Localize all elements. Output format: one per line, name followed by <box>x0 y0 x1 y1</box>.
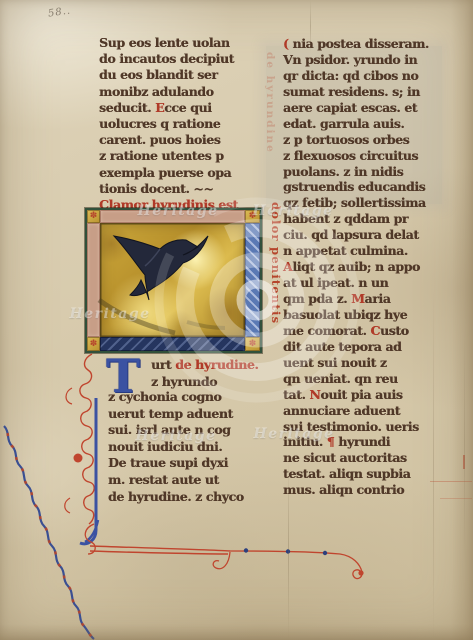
text-segment: at ul ipeat. n un <box>283 275 388 290</box>
text-segment: du eos blandit ser <box>99 67 218 82</box>
text-segment: edat. garrula auis. <box>283 116 404 131</box>
text-segment: qn ueniat. qn reu <box>283 371 398 386</box>
text-segment: seducit. <box>99 100 155 115</box>
frame-band-left <box>87 223 100 337</box>
text-segment: monibz adulando <box>99 84 214 99</box>
text-line: qr dicta: qd cibos no <box>283 68 429 84</box>
page-edge-shadow <box>0 624 473 640</box>
text-line: Aliqt qz auib; n appo <box>283 259 429 275</box>
text-segment: de hyrudine. z chyco <box>108 489 244 504</box>
text-line: at ul ipeat. n un <box>283 275 429 291</box>
text-segment: uolucres q ratione <box>99 116 220 131</box>
text-line: n appetat culmina. <box>283 243 429 259</box>
text-segment: ouit pia auis <box>320 387 402 402</box>
text-segment: aria <box>365 291 391 306</box>
text-line: sui testimonio. ueris <box>283 419 429 435</box>
text-segment: nia postea disseram. <box>292 36 428 51</box>
text-line: initiu. ¶ hyrundi <box>283 434 429 450</box>
text-segment: cce qui <box>164 100 211 115</box>
text-segment: sumat residens. s; in <box>283 84 420 99</box>
text-line: uerut temp aduent <box>108 406 244 423</box>
frame-band-top <box>100 210 245 223</box>
text-line: ( nia postea disseram. <box>283 36 429 52</box>
text-segment: urt <box>151 357 175 372</box>
text-line: du eos blandit ser <box>99 67 238 83</box>
decorated-tear-line <box>0 418 120 640</box>
text-line: de hyrudine. z chyco <box>108 489 244 506</box>
text-line: testat. aliqn supbia <box>283 466 429 482</box>
corner-ornament: ✽ <box>245 337 260 351</box>
text-line: basuolat ubiqz hye <box>283 307 429 323</box>
gutter-vertical-rubric: dolor penitentis <box>269 202 283 377</box>
text-line: z ratione utentes p <box>99 148 238 164</box>
text-segment: liqt qz auib; n appo <box>292 259 420 274</box>
text-line: sumat residens. s; in <box>283 84 429 100</box>
text-line: me comorat. Custo <box>283 323 429 339</box>
text-segment: z ratione utentes p <box>99 148 224 163</box>
text-segment: A <box>283 259 292 274</box>
parchment-crease <box>310 0 311 52</box>
text-segment: tat. <box>283 387 309 402</box>
text-line: z hyrundo <box>151 373 258 390</box>
text-line: z p tortuosos orbes <box>283 132 429 148</box>
text-segment: m. restat aute ut <box>108 472 219 487</box>
text-line: puolans. z in nidis <box>283 164 429 180</box>
text-line: aere capiat escas. et <box>283 100 429 116</box>
text-line: seducit. Ecce qui <box>99 100 238 116</box>
text-line: z flexuosos circuitus <box>283 148 429 164</box>
text-segment: aere capiat escas. et <box>283 100 417 115</box>
text-segment: habent z qddam pr <box>283 211 408 226</box>
text-line: z cychonia cogno <box>108 389 244 406</box>
manuscript-page: 58.. Sup eos lente uolando incautos deci… <box>0 0 473 640</box>
text-segment: z cychonia cogno <box>108 389 221 404</box>
parchment-crease <box>433 290 434 640</box>
text-line: qn ueniat. qn reu <box>283 371 429 387</box>
left-column-bottom: z cychonia cognouerut temp aduentsui. is… <box>108 389 244 505</box>
frame-band-right <box>245 223 260 337</box>
text-segment: De traue supi dyxi <box>108 455 228 470</box>
text-segment: hyrundi <box>334 434 390 449</box>
text-line: edat. garrula auis. <box>283 116 429 132</box>
text-segment: z p tortuosos orbes <box>283 132 409 147</box>
text-line: qm pda z. Maria <box>283 291 429 307</box>
text-segment: exempla puerse opa <box>99 165 231 180</box>
text-line: sui. isrl aute n cog <box>108 422 244 439</box>
text-segment: qz fetib; sollertissima <box>283 195 426 210</box>
text-segment: mus. aliqn contrio <box>283 482 404 497</box>
text-line: tat. Nouit pia auis <box>283 387 429 403</box>
text-line: gstruendis educandis <box>283 179 429 195</box>
text-segment: ciu. qd lapsura delat <box>283 227 419 242</box>
text-segment: testat. aliqn supbia <box>283 466 410 481</box>
gold-ground <box>100 223 245 337</box>
text-line: monibz adulando <box>99 84 238 100</box>
parchment-crease <box>288 460 289 640</box>
text-line: carent. puos hoies <box>99 132 238 148</box>
text-segment: M <box>351 291 364 306</box>
text-line: Vn psidor. yrundo in <box>283 52 429 68</box>
text-segment: qr dicta: qd cibos no <box>283 68 418 83</box>
text-segment: qm pda z. <box>283 291 351 306</box>
text-segment: C <box>370 323 380 338</box>
text-line: dit aute tepora ad <box>283 339 429 355</box>
text-segment: initiu. <box>283 434 327 449</box>
text-line: nouit iudiciu dni. <box>108 439 244 456</box>
text-segment: me comorat. <box>283 323 370 338</box>
corner-ornament: ✽ <box>87 337 100 351</box>
text-segment: do incautos decipiut <box>99 51 234 66</box>
text-line: uent sui nouit z <box>283 355 429 371</box>
text-line: do incautos decipiut <box>99 51 238 67</box>
text-segment: N <box>309 387 320 402</box>
text-line: qz fetib; sollertissima <box>283 195 429 211</box>
text-segment: dit aute tepora ad <box>283 339 401 354</box>
text-segment: Vn psidor. yrundo in <box>283 52 417 67</box>
gutter-showthrough-text: de hyrundine <box>264 52 276 154</box>
text-line: ne sicut auctoritas <box>283 450 429 466</box>
corner-ornament: ✽ <box>245 210 260 223</box>
text-line: annuciare aduent <box>283 403 429 419</box>
text-segment: basuolat ubiqz hye <box>283 307 407 322</box>
text-segment: E <box>155 100 164 115</box>
text-segment: de hyrudine. <box>175 357 258 372</box>
bottom-flourish <box>78 518 378 588</box>
text-segment: puolans. z in nidis <box>283 164 403 179</box>
text-segment: nouit iudiciu dni. <box>108 439 222 454</box>
text-line: Sup eos lente uolan <box>99 35 238 51</box>
text-line: exempla puerse opa <box>99 165 238 181</box>
left-column-top: Sup eos lente uolando incautos decipiutd… <box>99 35 238 213</box>
text-segment: tionis docent. ~~ <box>99 181 213 196</box>
text-segment: uent sui nouit z <box>283 355 387 370</box>
text-segment: n appetat culmina. <box>283 243 408 258</box>
folio-number: 58.. <box>47 5 71 19</box>
text-line: m. restat aute ut <box>108 472 244 489</box>
miniature-panel: ✽ ✽ ✽ ✽ <box>85 208 262 353</box>
left-column-beside-initial: urt de hyrudine.z hyrundo <box>151 356 258 390</box>
text-segment: z flexuosos circuitus <box>283 148 418 163</box>
text-segment: usto <box>380 323 409 338</box>
text-segment: annuciare aduent <box>283 403 400 418</box>
text-segment: uerut temp aduent <box>108 406 233 421</box>
text-line: ciu. qd lapsura delat <box>283 227 429 243</box>
text-segment: Sup eos lente uolan <box>99 35 230 50</box>
text-segment: gstruendis educandis <box>283 179 425 194</box>
right-column: ( nia postea disseram.Vn psidor. yrundo … <box>283 36 429 498</box>
text-line: habent z qddam pr <box>283 211 429 227</box>
text-line: urt de hyrudine. <box>151 356 258 373</box>
text-line: uolucres q ratione <box>99 116 238 132</box>
text-segment: sui. isrl aute n cog <box>108 422 230 437</box>
parchment-crease <box>464 330 465 560</box>
text-segment: carent. puos hoies <box>99 132 220 147</box>
text-segment: sui testimonio. ueris <box>283 419 419 434</box>
text-segment: ne sicut auctoritas <box>283 450 407 465</box>
corner-ornament: ✽ <box>87 210 100 223</box>
text-segment: z hyrundo <box>151 374 217 389</box>
text-line: tionis docent. ~~ <box>99 181 238 197</box>
page-edge-shadow <box>451 0 473 640</box>
text-line: De traue supi dyxi <box>108 455 244 472</box>
text-line: mus. aliqn contrio <box>283 482 429 498</box>
